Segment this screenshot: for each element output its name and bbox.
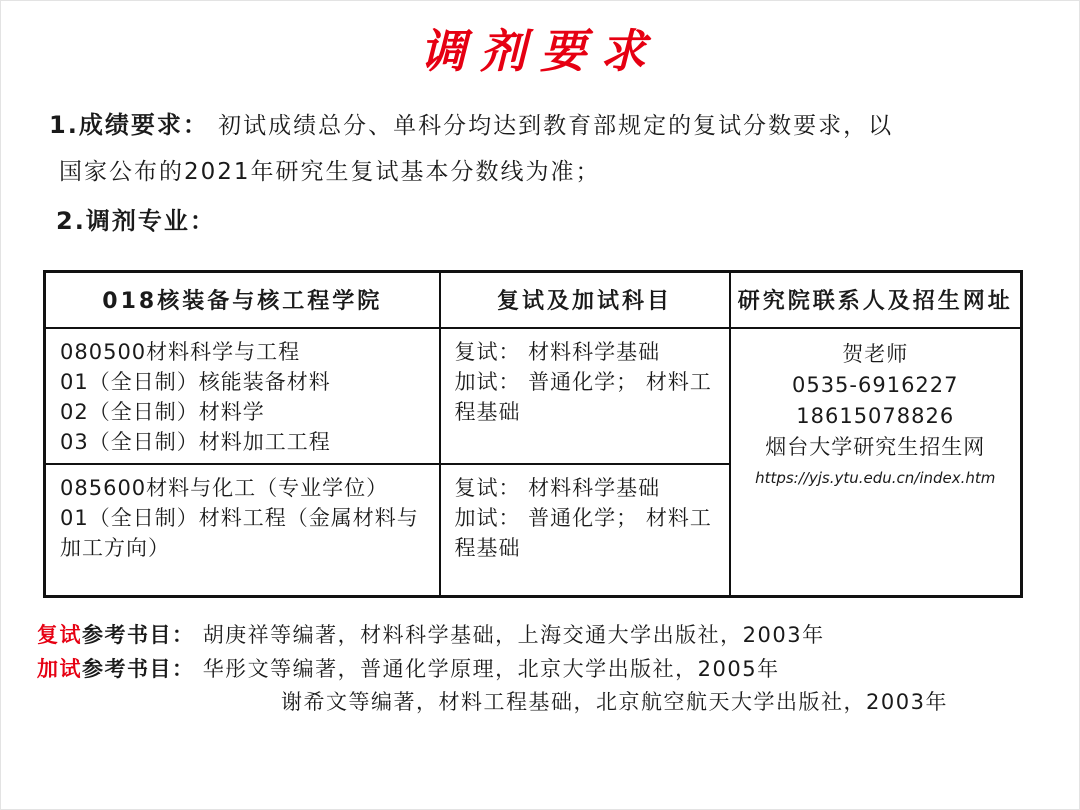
- page-title: 调剂要求: [1, 15, 1079, 81]
- exam-line: 加试： 普通化学； 材料工程基础: [455, 503, 719, 563]
- table-row: 080500材料科学与工程 01（全日制）核能装备材料 02（全日制）材料学 0…: [45, 328, 1022, 464]
- program-line: 03（全日制）材料加工工程: [60, 427, 429, 457]
- retest-reference-label-rest: 参考书目：: [82, 623, 195, 647]
- column-header-contact: 研究院联系人及招生网址: [730, 272, 1022, 328]
- column-header-college: 018核装备与核工程学院: [45, 272, 440, 328]
- score-requirement-label: 1.成绩要求：: [49, 111, 209, 139]
- program-line: 02（全日制）材料学: [60, 397, 429, 427]
- transfer-programs-table: 018核装备与核工程学院 复试及加试科目 研究院联系人及招生网址 080500材…: [43, 270, 1023, 598]
- addtest-reference-label-rest: 参考书目：: [82, 657, 195, 681]
- transfer-majors-label: 2.调剂专业：: [56, 207, 216, 235]
- program-line: 01（全日制）核能装备材料: [60, 367, 429, 397]
- program-line: 01（全日制）材料工程（金属材料与加工方向）: [60, 503, 429, 563]
- contact-site-name: 烟台大学研究生招生网: [732, 432, 1020, 463]
- program-cell: 080500材料科学与工程 01（全日制）核能装备材料 02（全日制）材料学 0…: [45, 328, 440, 464]
- retest-reference-line: 复试参考书目： 胡庚祥等编著，材料科学基础，上海交通大学出版社，2003年: [37, 619, 825, 649]
- contact-name: 贺老师: [732, 339, 1020, 370]
- document-page: 调剂要求 1.成绩要求： 初试成绩总分、单科分均达到教育部规定的复试分数要求，以…: [0, 0, 1080, 810]
- addtest-reference-line: 加试参考书目： 华彤文等编著，普通化学原理，北京大学出版社，2005年: [37, 653, 780, 683]
- program-line: 080500材料科学与工程: [60, 337, 429, 367]
- addtest-reference-text: 华彤文等编著，普通化学原理，北京大学出版社，2005年: [203, 657, 780, 681]
- contact-url: https://yjs.ytu.edu.cn/index.htm: [732, 463, 1020, 494]
- exam-subjects-cell: 复试： 材料科学基础 加试： 普通化学； 材料工程基础: [440, 328, 730, 464]
- table-header-row: 018核装备与核工程学院 复试及加试科目 研究院联系人及招生网址: [45, 272, 1022, 328]
- score-requirement-continuation: 国家公布的2021年研究生复试基本分数线为准；: [59, 153, 601, 186]
- score-requirement-text: 初试成绩总分、单科分均达到教育部规定的复试分数要求，以: [218, 113, 893, 139]
- exam-line: 加试： 普通化学； 材料工程基础: [455, 367, 719, 427]
- exam-subjects-cell: 复试： 材料科学基础 加试： 普通化学； 材料工程基础: [440, 464, 730, 597]
- addtest-reference-line-2: 谢希文等编著，材料工程基础，北京航空航天大学出版社，2003年: [281, 686, 948, 716]
- exam-line: 复试： 材料科学基础: [455, 337, 719, 367]
- contact-phone: 18615078826: [732, 401, 1020, 432]
- retest-reference-text: 胡庚祥等编著，材料科学基础，上海交通大学出版社，2003年: [203, 623, 825, 647]
- addtest-reference-label: 加试: [37, 657, 82, 681]
- retest-reference-label: 复试: [37, 623, 82, 647]
- column-header-exam-subjects: 复试及加试科目: [440, 272, 730, 328]
- contact-phone: 0535-6916227: [732, 370, 1020, 401]
- score-requirement-line: 1.成绩要求： 初试成绩总分、单科分均达到教育部规定的复试分数要求，以: [49, 105, 893, 140]
- exam-line: 复试： 材料科学基础: [455, 473, 719, 503]
- contact-cell: 贺老师 0535-6916227 18615078826 烟台大学研究生招生网 …: [730, 328, 1022, 597]
- program-cell: 085600材料与化工（专业学位） 01（全日制）材料工程（金属材料与加工方向）: [45, 464, 440, 597]
- transfer-majors-heading: 2.调剂专业：: [56, 201, 216, 236]
- program-line: 085600材料与化工（专业学位）: [60, 473, 429, 503]
